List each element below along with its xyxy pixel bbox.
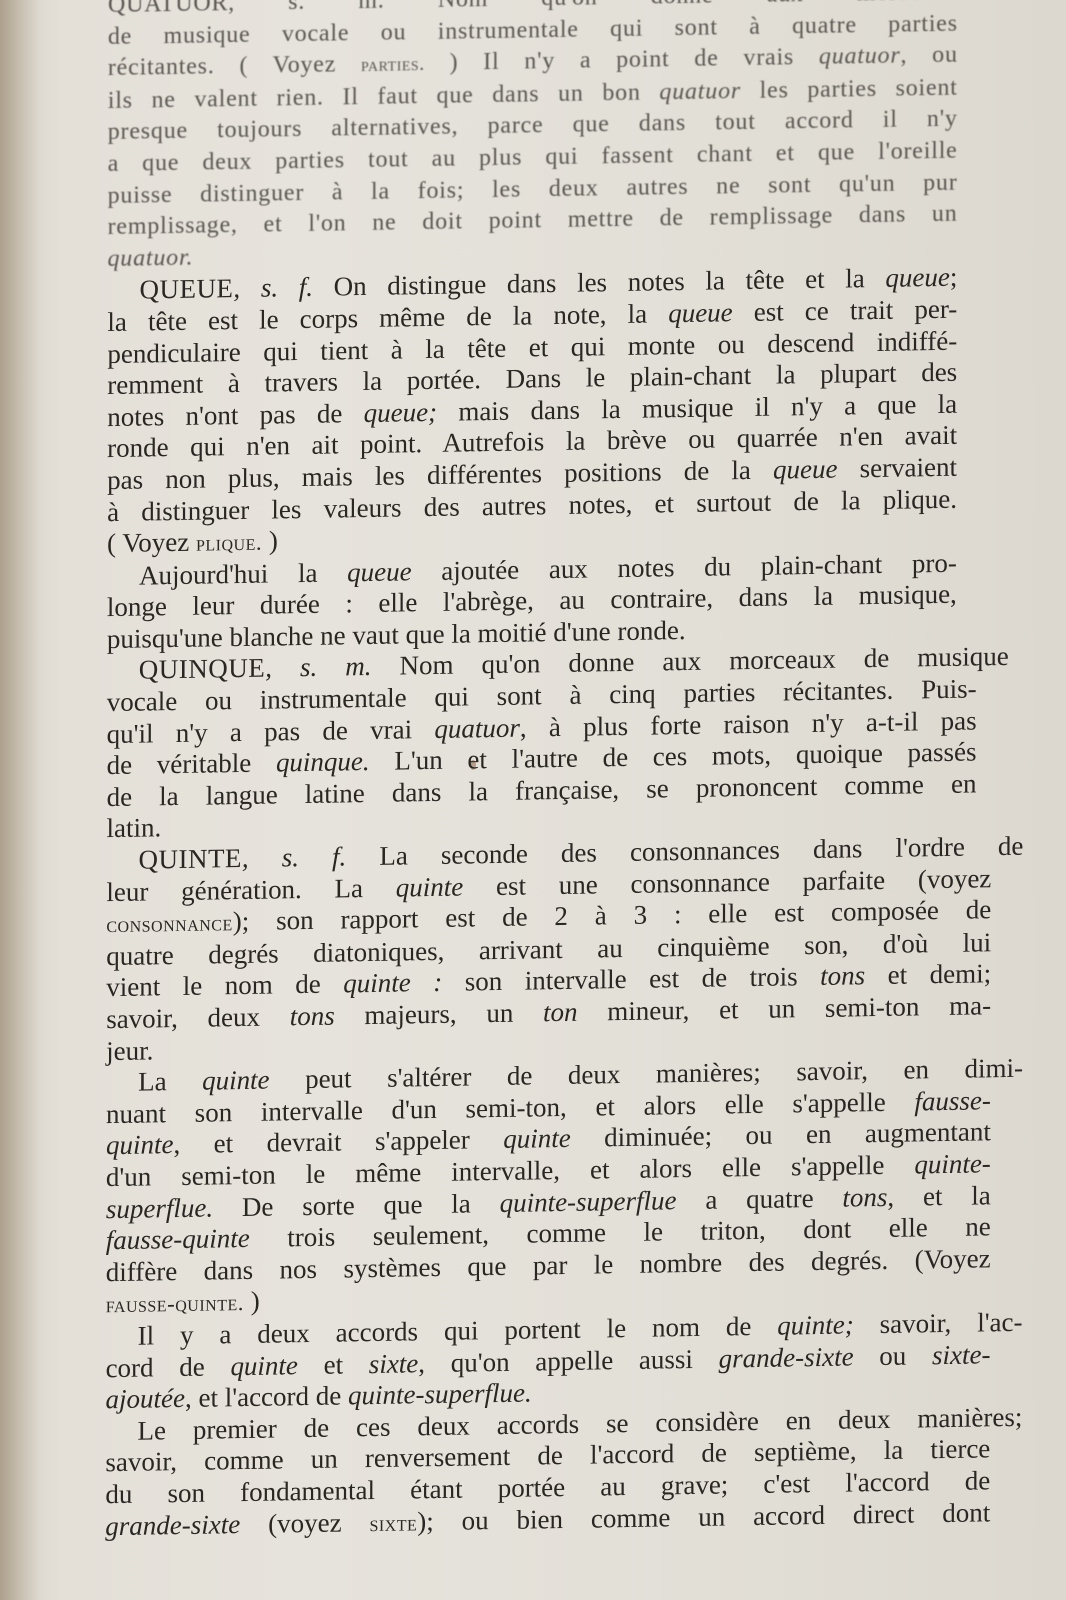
headword-quinte: QUINTE (138, 843, 242, 875)
headword-quinque: QUINQUE (139, 653, 266, 685)
entry-queue: QUEUE, s. f. On distingue dans les notes… (107, 261, 1008, 655)
entry-quinque: QUINQUE, s. m. Nom qu'on donne aux morce… (107, 641, 1007, 845)
book-page: QUATUOR, s. m. Nom qu'on donne aux morce… (0, 0, 1066, 1600)
binding-shadow (0, 0, 40, 1600)
entry-quinte: QUINTE, s. f. La seconde des consonnance… (105, 831, 1006, 1543)
entry-quatuor: QUATUOR, s. m. Nom qu'on donne aux morce… (108, 0, 1008, 275)
headword-queue: QUEUE (139, 273, 233, 304)
page-text: QUATUOR, s. m. Nom qu'on donne aux morce… (105, 0, 1008, 1543)
